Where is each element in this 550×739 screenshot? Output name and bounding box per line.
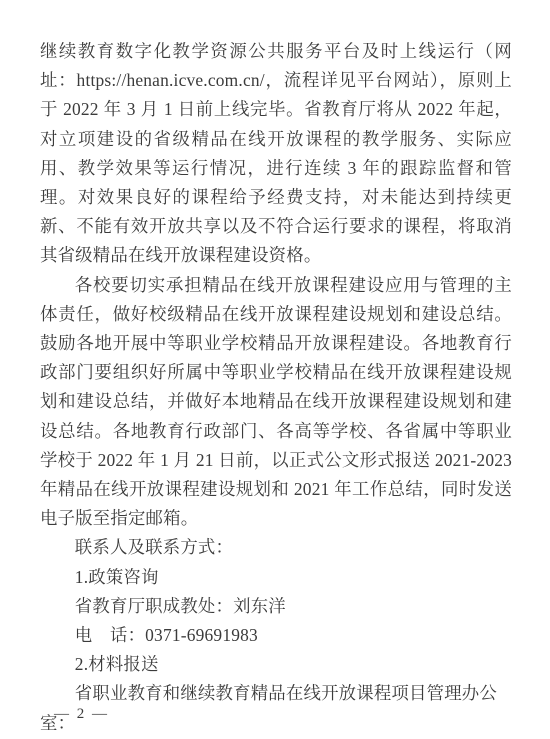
contact-section-heading: 联系人及联系方式： [40, 533, 512, 562]
page-number: — 2 — [54, 706, 109, 723]
contact-office-materials: 省职业教育和继续教育精品在线开放课程项目管理办公室： [40, 679, 512, 737]
contact-item-materials: 2.材料报送 [40, 650, 512, 679]
document-body: 继续教育数字化教学资源公共服务平台及时上线运行（网址：https://henan… [40, 37, 512, 738]
contact-phone: 电 话：0371-69691983 [40, 621, 512, 650]
paragraph-school-responsibility: 各校要切实承担精品在线开放课程建设应用与管理的主体责任，做好校级精品在线开放课程… [40, 271, 512, 534]
contact-item-policy: 1.政策咨询 [40, 563, 512, 592]
paragraph-platform-launch: 继续教育数字化教学资源公共服务平台及时上线运行（网址：https://henan… [40, 37, 512, 271]
contact-person-policy: 省教育厅职成教处：刘东洋 [40, 592, 512, 621]
document-page: 继续教育数字化教学资源公共服务平台及时上线运行（网址：https://henan… [0, 0, 550, 739]
